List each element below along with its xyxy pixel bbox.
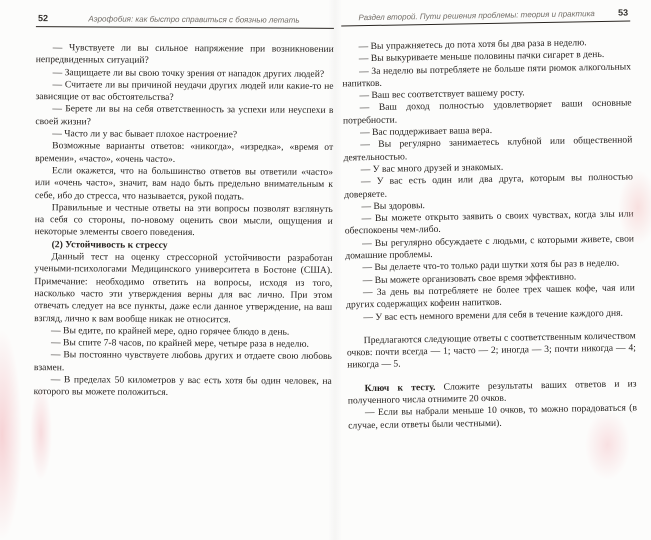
paragraph: Данный тест на оценку стрессорной устойч… bbox=[34, 251, 332, 327]
paragraph: — Чувствуете ли вы сильное напряжение пр… bbox=[36, 42, 334, 68]
right-page-header: Раздел второй. Пути решения проблемы: те… bbox=[341, 7, 630, 26]
paragraph: Предлагаются следующие ответы с соответс… bbox=[347, 330, 637, 372]
pink-smudge-left-edge bbox=[0, 330, 22, 540]
left-page-header: 52 Аэрофобия: как быстро справиться с бо… bbox=[36, 13, 334, 29]
pink-smudge-left-margin bbox=[30, 385, 52, 480]
paragraph: — Вы постоянно чувствуете любовь других … bbox=[34, 350, 332, 376]
paragraph: Возможные варианты ответов: «никогда», «… bbox=[35, 140, 333, 166]
paragraph: Если окажется, что на большинство ответо… bbox=[35, 165, 333, 204]
left-page-body: — Чувствуете ли вы сильное напряжение пр… bbox=[34, 42, 334, 400]
left-page-number: 52 bbox=[38, 13, 48, 23]
paragraph: — Если вы набрали меньше 10 очков, то мо… bbox=[348, 403, 637, 433]
paragraph: — Считаете ли вы причиной неудачи других… bbox=[35, 79, 333, 105]
paragraph: Правильные и честные ответы на эти вопро… bbox=[35, 202, 333, 241]
right-running-head: Раздел второй. Пути решения проблемы: те… bbox=[343, 9, 610, 23]
right-page-body: — Вы упражняетесь до пота хотя бы два ра… bbox=[342, 36, 638, 432]
paragraph: — В пределах 50 километров у вас есть хо… bbox=[34, 374, 332, 400]
right-page-number: 53 bbox=[618, 8, 628, 18]
left-running-head: Аэрофобия: как быстро справиться с боязн… bbox=[56, 14, 332, 25]
paragraph: — Берете ли вы на себя ответственность з… bbox=[35, 104, 333, 130]
right-page: Раздел второй. Пути решения проблемы: те… bbox=[341, 7, 637, 432]
left-page: 52 Аэрофобия: как быстро справиться с бо… bbox=[34, 13, 334, 400]
book-spread-photo: 52 Аэрофобия: как быстро справиться с бо… bbox=[0, 0, 651, 540]
